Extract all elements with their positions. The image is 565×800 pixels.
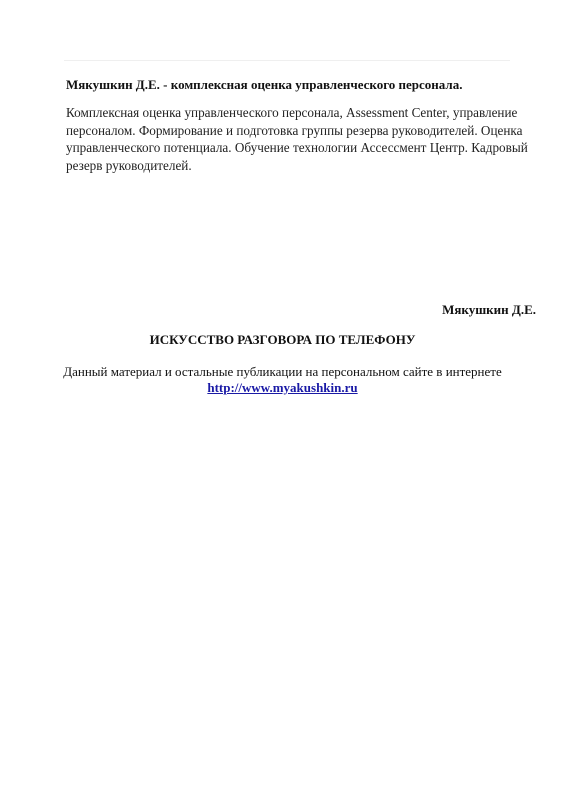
document-title: Мякушкин Д.Е. - комплексная оценка управ… [66, 77, 546, 93]
divider-line [64, 60, 510, 61]
article-heading: ИСКУССТВО РАЗГОВОРА ПО ТЕЛЕФОНУ [0, 332, 565, 348]
publication-notice: Данный материал и остальные публикации н… [0, 364, 565, 380]
author-name: Мякушкин Д.Е. [442, 302, 536, 318]
link-container: http://www.myakushkin.ru [0, 380, 565, 396]
document-abstract: Комплексная оценка управленческого персо… [66, 104, 542, 174]
website-link[interactable]: http://www.myakushkin.ru [207, 380, 357, 395]
